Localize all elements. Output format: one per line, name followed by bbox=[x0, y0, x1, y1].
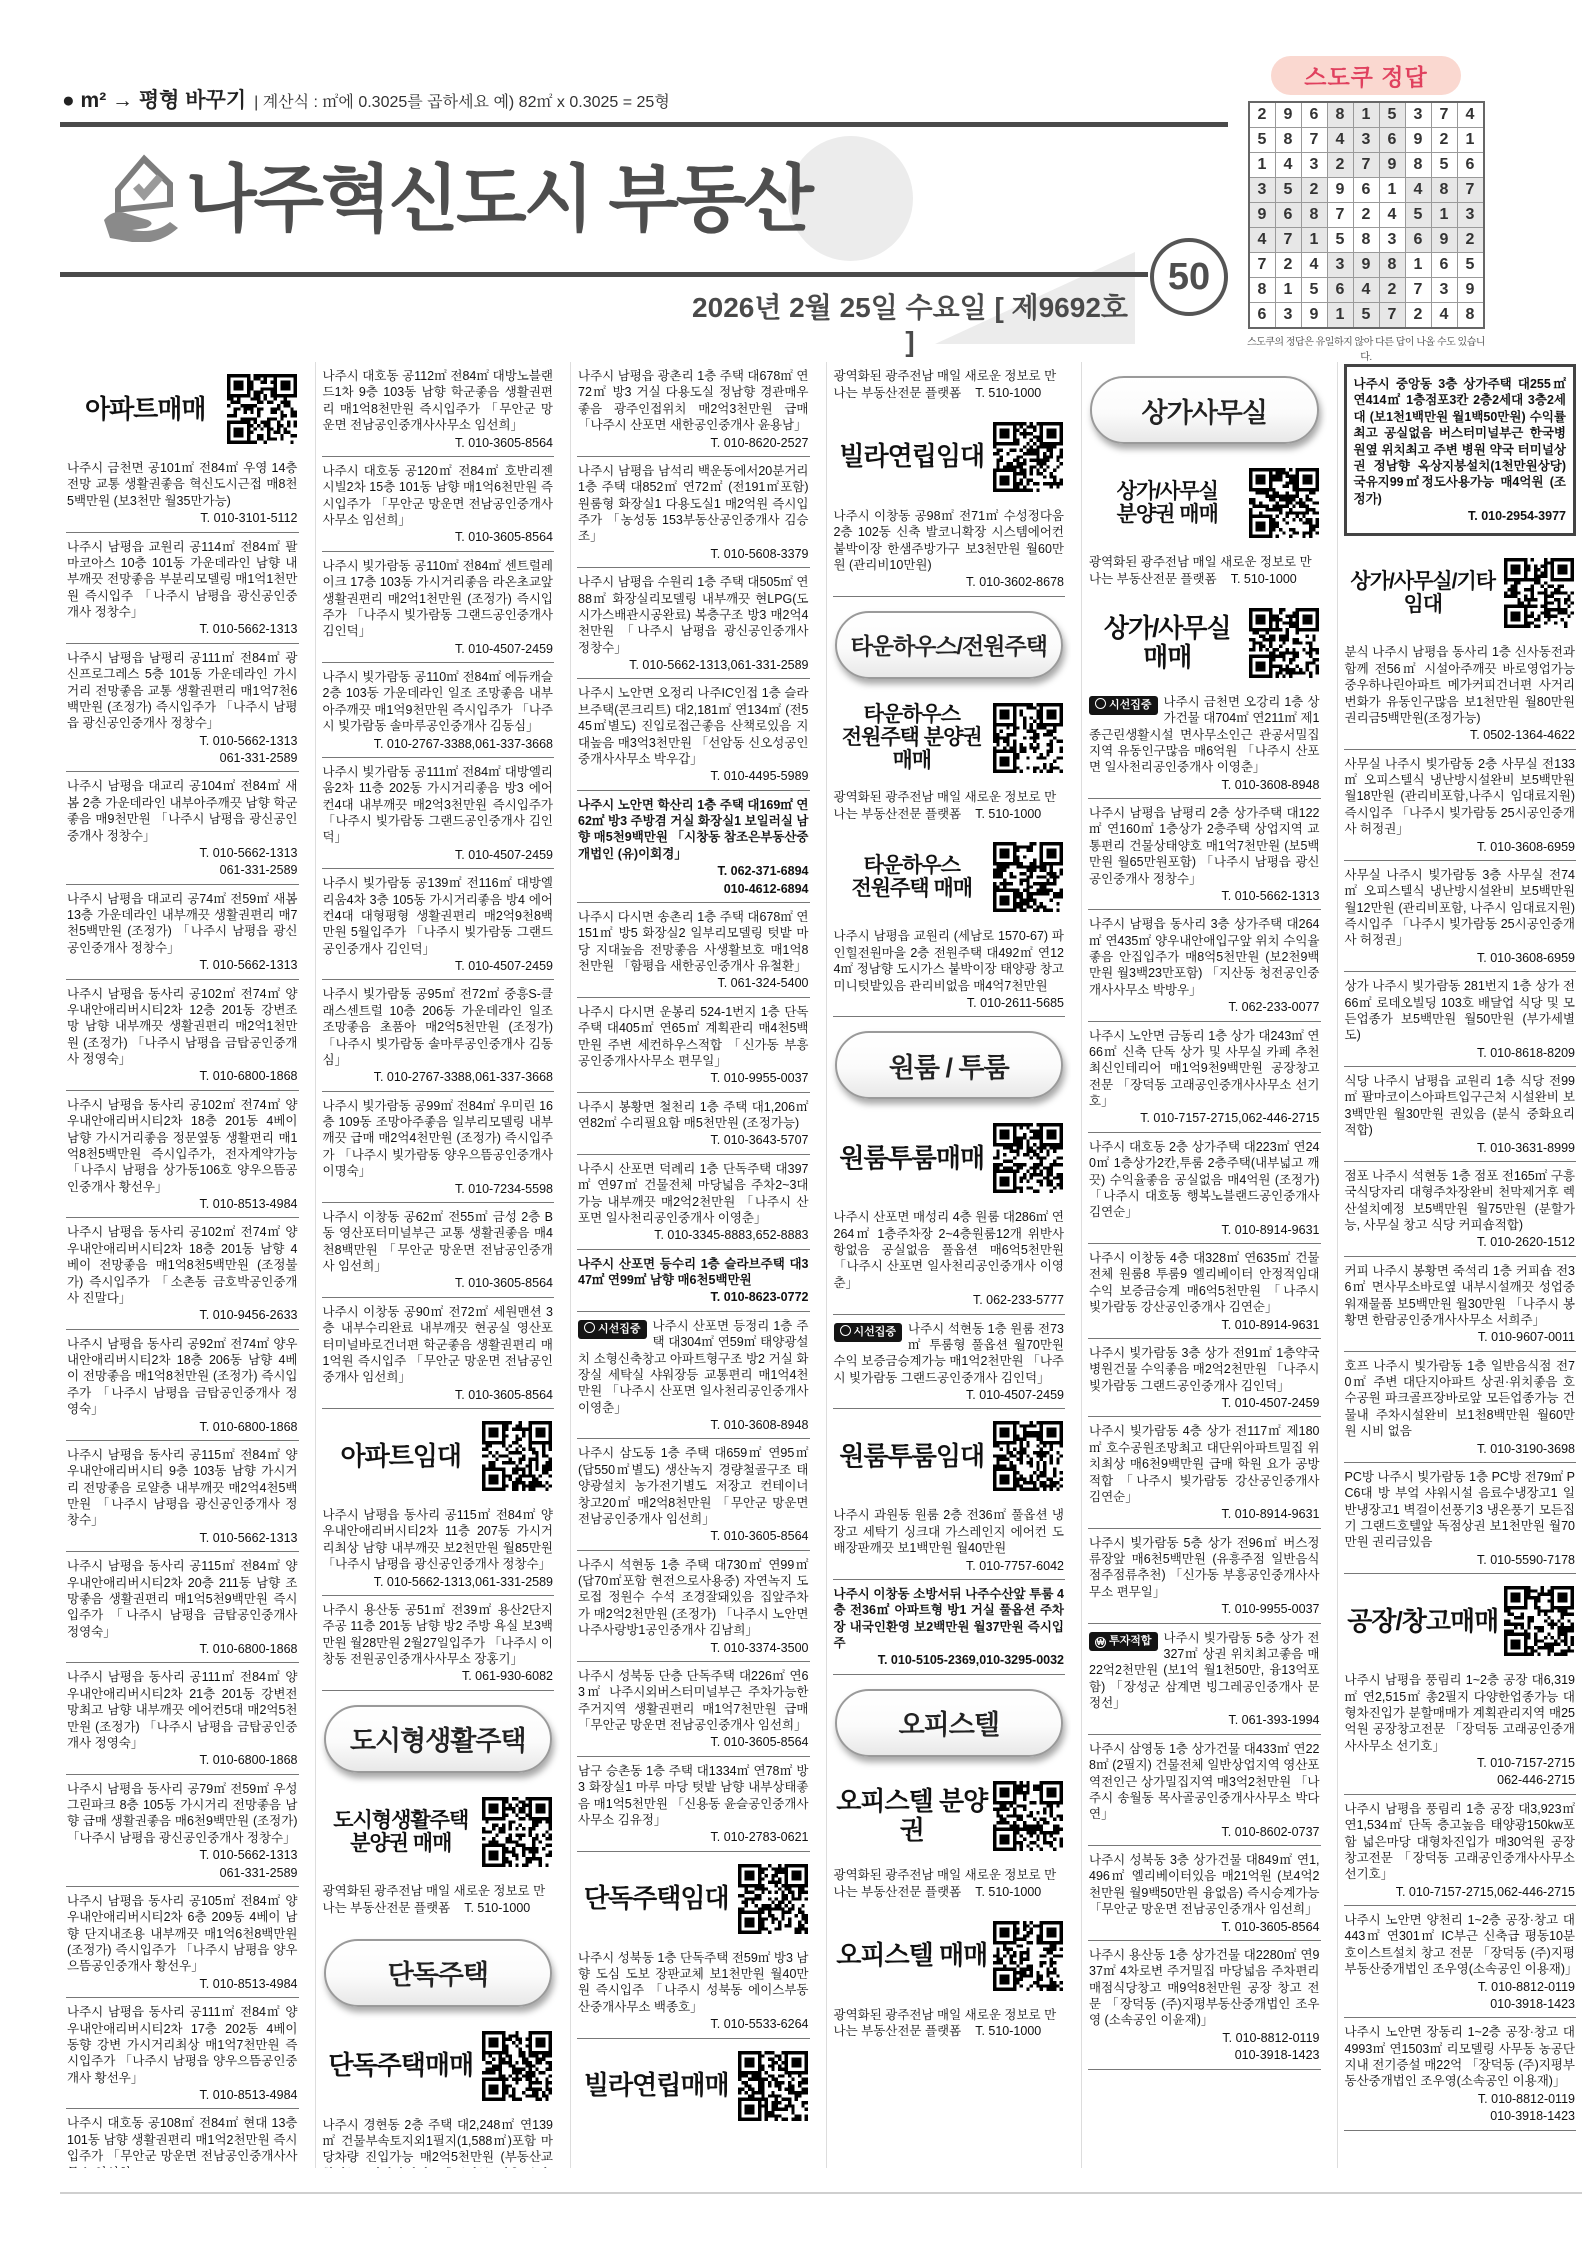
classified-ad: 나주시 남평읍 동사리 공102㎡ 전74㎡ 양우내안애리버시티2차 12층 2… bbox=[66, 980, 299, 1091]
ad-phone-2: 062-446-2715 bbox=[1345, 1772, 1576, 1788]
sudoku-cell: 6 bbox=[1431, 253, 1457, 278]
classified-ad: 커피 나주시 봉황면 죽석리 1층 커피숍 전36㎡ 면사무소바로옆 내부시설깨… bbox=[1344, 1257, 1577, 1352]
classified-ad: 나주시 이창동 공62㎡ 전55㎡ 금성 2층 B동 영산포터미널부근 교통 생… bbox=[322, 1203, 555, 1298]
sudoku-cell: 5 bbox=[1457, 253, 1484, 278]
newspaper-title: 나주혁신도시 부동산 bbox=[186, 140, 811, 245]
sudoku-cell: 7 bbox=[1457, 178, 1484, 203]
ad-text: 분식 나주시 남평읍 동사리 1층 신사동전과 함께 전56㎡ 시설아주깨끗 바… bbox=[1345, 645, 1576, 725]
ad-phone: T. 010-8513-4984 bbox=[67, 1976, 298, 1992]
sudoku-cell: 3 bbox=[1405, 102, 1431, 128]
section-header-label: 타운하우스 전원주택 분양권 매매 bbox=[835, 703, 990, 772]
ad-text: 나주시 남평읍 동사리 공92㎡ 전74㎡ 양우내안애리버시티2차 18층 20… bbox=[67, 1337, 298, 1417]
ad-phone: T. 010-5662-1313 bbox=[67, 957, 298, 973]
lightbulb-icon bbox=[584, 1322, 595, 1333]
classified-ad: 나주시 남평읍 동사리 공92㎡ 전74㎡ 양우내안애리버시티2차 18층 20… bbox=[66, 1330, 299, 1441]
section-header: 빌라연립매매 bbox=[577, 2039, 810, 2131]
ad-column: 나주시 남평읍 광촌리 1층 주택 대678㎡ 연72㎡ 방3 거실 다용도실 … bbox=[570, 362, 816, 2168]
bottom-divider-line bbox=[60, 2192, 1582, 2194]
classified-ad: 나주시 노안면 양천리 1~2층 공장·창고 대443㎡ 연301㎡ IC부근 … bbox=[1344, 1906, 1577, 2018]
ad-phone: T. 010-5608-3379 bbox=[578, 546, 809, 562]
ad-phone: T. 010-8812-0119 bbox=[1089, 2030, 1320, 2046]
qr-code-icon bbox=[482, 1797, 552, 1867]
classified-ad: 나주시 대호동 2층 상가주택 대223㎡ 연240㎡ 1층상가2칸,투룸 2층… bbox=[1088, 1133, 1321, 1244]
ad-text: 나주시 남평읍 동사리 공111㎡ 전84㎡ 양우내안애리버시티2차 21층 2… bbox=[67, 1670, 298, 1750]
classified-columns: 아파트매매나주시 금천면 공101㎡ 전84㎡ 우영 14층 전망 교통 생활권… bbox=[60, 362, 1582, 2168]
sudoku-cell: 6 bbox=[1327, 278, 1353, 303]
platform-phone: T. 510-1000 bbox=[975, 1885, 1041, 1899]
classified-ad: 나주시 빛가람동 공110㎡ 전84㎡ 에듀캐슬 2층 103동 가운데라인 일… bbox=[322, 663, 555, 758]
ad-text: 나주시 남평읍 남평리 공111㎡ 전84㎡ 광신프로그레스 5층 101동 가… bbox=[67, 651, 298, 731]
spotlight-badge: 시선집중 bbox=[1089, 696, 1158, 715]
ad-phone: T. 010-3608-6959 bbox=[1345, 839, 1576, 855]
sudoku-cell: 6 bbox=[1405, 228, 1431, 253]
sudoku-cell: 5 bbox=[1275, 178, 1301, 203]
section-header: 단독주택임대 bbox=[577, 1852, 810, 1944]
classified-ad: 나주시 산포면 매성리 4층 원룸 대286㎡ 연264㎡ 1층주차장 2~4층… bbox=[833, 1203, 1066, 1314]
ad-text: 나주시 이창동 4층 대328㎡ 연635㎡ 건물전체 원룸8 투룸9 엘리베이… bbox=[1089, 1251, 1320, 1314]
sudoku-cell: 9 bbox=[1249, 203, 1276, 228]
ad-phone: T. 010-5662-1313 bbox=[1089, 888, 1320, 904]
sudoku-cell: 2 bbox=[1301, 178, 1327, 203]
ad-text: 나주시 과원동 원룸 2층 전36㎡ 풀옵션 냉장고 세탁기 싱크대 가스레인지… bbox=[834, 1508, 1065, 1555]
ad-phone: T. 010-6800-1868 bbox=[67, 1752, 298, 1768]
classified-ad: 분식 나주시 남평읍 동사리 1층 신사동전과 함께 전56㎡ 시설아주깨끗 바… bbox=[1344, 638, 1577, 749]
ad-phone: T. 010-6800-1868 bbox=[67, 1419, 298, 1435]
sudoku-cell: 4 bbox=[1379, 203, 1405, 228]
sudoku-cell: 3 bbox=[1327, 253, 1353, 278]
ad-phone: T. 010-5590-7178 bbox=[1345, 1552, 1576, 1568]
platform-notice: 광역화된 광주전남 매일 새로운 정보로 만나는 부동산전문 플랫폼T. 510… bbox=[833, 783, 1066, 831]
sudoku-cell: 7 bbox=[1301, 128, 1327, 153]
section-header-label: 단독주택임대 bbox=[579, 1884, 734, 1913]
section-pill-label: 원룸 / 투룸 bbox=[889, 1046, 1009, 1085]
classified-ad: 나주시 삼영동 1층 상가건물 대433㎡ 연228㎡ (2필지) 건물전체 일… bbox=[1088, 1735, 1321, 1846]
ad-text: 나주시 남평읍 대교리 공104㎡ 전84㎡ 새봄 2층 가운데라인 내부아주깨… bbox=[67, 779, 298, 842]
section-pill: 오피스텔 bbox=[835, 1689, 1064, 1757]
classified-ad: 나주시 빛가람동 4층 상가 전117㎡ 제180㎡ 호수공원조망최고 대단위아… bbox=[1088, 1417, 1321, 1528]
ad-phone: T. 010-6800-1868 bbox=[67, 1068, 298, 1084]
ad-text: PC방 나주시 빛가람동 1층 PC방 전79㎡ PC6대 방 부엌 샤워시설 … bbox=[1345, 1470, 1576, 1550]
classified-ad: 나주시 성북동 단층 단독주택 대226㎡ 연63㎡ 나주시외버스터미널부근 주… bbox=[577, 1662, 810, 1757]
platform-notice: 광역화된 광주전남 매일 새로운 정보로 만나는 부동산전문 플랫폼T. 510… bbox=[833, 2001, 1066, 2049]
sudoku-cell: 6 bbox=[1275, 203, 1301, 228]
classified-ad: 나주시 빛가람동 공110㎡ 전84㎡ 센트럴레이크 17층 103동 가시거리… bbox=[322, 552, 555, 663]
house-hand-check-icon bbox=[96, 146, 184, 247]
ad-text: 나주시 대호동 2층 상가주택 대223㎡ 연240㎡ 1층상가2칸,투룸 2층… bbox=[1089, 1140, 1320, 1220]
ad-text: 남구 승촌동 1층 주택 대1334㎡ 연78㎡ 방3 화장실1 마루 마당 텃… bbox=[578, 1764, 809, 1827]
section-header-label: 상가/사무실/기타임대 bbox=[1346, 570, 1501, 616]
ad-text: 나주시 중앙동 3층 상가주택 대255㎡ 연414㎡ 1층점포3칸 2층2세대… bbox=[1354, 377, 1567, 506]
sudoku-cell: 4 bbox=[1405, 178, 1431, 203]
section-header: 공장/창고매매 bbox=[1344, 1574, 1577, 1666]
classified-ad: 나주시 삼도동 1층 주택 대659㎡ 연95㎡ (답550㎡별도) 생산녹지 … bbox=[577, 1439, 810, 1550]
section-header-label: 원룸투룸임대 bbox=[835, 1442, 990, 1471]
ad-column: 광역화된 광주전남 매일 새로운 정보로 만나는 부동산전문 플랫폼T. 510… bbox=[826, 362, 1072, 2168]
classified-ad: ₩투자적합나주시 빛가람동 5층 상가 전327㎡ 상권 위치최고좋음 매22억… bbox=[1088, 1624, 1321, 1735]
section-header-label: 단독주택매매 bbox=[324, 2051, 479, 2080]
sudoku-cell: 9 bbox=[1275, 102, 1301, 128]
ad-text: 나주시 남평읍 동사리 공115㎡ 전84㎡ 양우내안애리버시티2차 11층 2… bbox=[323, 1508, 554, 1571]
section-header-label: 아파트임대 bbox=[324, 1442, 479, 1471]
section-pill: 타운하우스/전원주택 bbox=[835, 611, 1064, 679]
ad-phone: T. 010-5662-1313,061-331-2589 bbox=[578, 657, 809, 673]
ad-text: 나주시 빛가람동 4층 상가 전117㎡ 제180㎡ 호수공원조망최고 대단위아… bbox=[1089, 1424, 1320, 1504]
section-header: 상가/사무실/기타임대 bbox=[1344, 546, 1577, 638]
sudoku-cell: 8 bbox=[1327, 102, 1353, 128]
ad-text: 나주시 이창동 공62㎡ 전55㎡ 금성 2층 B동 영산포터미널부근 교통 생… bbox=[323, 1210, 554, 1273]
classified-ad: 나주시 남평읍 동사리 공115㎡ 전84㎡ 양우내안애리버시티2차 20층 2… bbox=[66, 1552, 299, 1663]
sudoku-cell: 7 bbox=[1275, 228, 1301, 253]
sudoku-cell: 1 bbox=[1249, 153, 1276, 178]
sudoku-cell: 6 bbox=[1457, 153, 1484, 178]
sudoku-cell: 8 bbox=[1353, 228, 1379, 253]
sudoku-cell: 3 bbox=[1353, 128, 1379, 153]
classified-ad: 나주시 남평읍 동사리 3층 상가주택 대264㎡ 연435㎡ 양우내안애입구앞… bbox=[1088, 910, 1321, 1021]
platform-phone: T. 510-1000 bbox=[975, 807, 1041, 821]
ad-phone: T. 010-9955-0037 bbox=[578, 1070, 809, 1086]
ad-phone: T. 010-5662-1313 bbox=[67, 1847, 298, 1863]
top-divider-line bbox=[60, 122, 1228, 127]
ad-phone: T. 010-3605-8564 bbox=[323, 1275, 554, 1291]
masthead-divider-line bbox=[60, 272, 1148, 277]
section-header-label: 오피스텔 매매 bbox=[835, 1941, 990, 1970]
spotlight-badge: 시선집중 bbox=[578, 1320, 647, 1339]
ad-text: 나주시 남평읍 남평리 2층 상가주택 대122㎡ 연160㎡ 1층상가 2층주… bbox=[1089, 806, 1320, 886]
ad-phone: T. 010-3101-5112 bbox=[67, 510, 298, 526]
lightbulb-icon bbox=[1095, 698, 1106, 709]
sudoku-cell: 9 bbox=[1431, 228, 1457, 253]
ad-phone: T. 010-3602-8678 bbox=[834, 574, 1065, 590]
classified-ad: 나주시 석현동 1층 주택 대730㎡ 연99㎡ (답70㎡포함 현전으로사용중… bbox=[577, 1551, 810, 1662]
classified-ad: 나주시 대호동 공108㎡ 전84㎡ 현대 13층 101동 남향 생활권편리 … bbox=[66, 2109, 299, 2168]
sudoku-cell: 3 bbox=[1431, 278, 1457, 303]
ad-text: 상가 나주시 빛가람동 281번지 1층 상가 전66㎡ 로데오빌딩 103호 … bbox=[1345, 979, 1576, 1042]
classified-ad: 나주시 빛가람동 공95㎡ 전72㎡ 중흥S-클래스센트럴 10층 206동 가… bbox=[322, 980, 555, 1091]
ad-phone: T. 061-393-1994 bbox=[1089, 1712, 1320, 1728]
qr-code-icon bbox=[738, 1864, 808, 1934]
ad-text: 나주시 용산동 1층 상가건물 대2280㎡ 연937㎡ 4차로변 주거밀집 마… bbox=[1089, 1948, 1320, 2028]
ad-text: 나주시 석현동 1층 주택 대730㎡ 연99㎡ (답70㎡포함 현전으로사용중… bbox=[578, 1558, 809, 1638]
lightbulb-icon bbox=[840, 1325, 851, 1336]
ad-phone: T. 010-6800-1868 bbox=[67, 1641, 298, 1657]
classified-ad: 나주시 이창동 소방서뒤 나주수산앞 투룸 4층 전36㎡ 아파트형 방1 거실… bbox=[833, 1580, 1066, 1675]
platform-phone: T. 510-1000 bbox=[975, 2024, 1041, 2038]
ad-text: 나주시 산포면 매성리 4층 원룸 대286㎡ 연264㎡ 1층주차장 2~4층… bbox=[834, 1210, 1065, 1290]
ad-text: 나주시 남평읍 교원리 공114㎡ 전84㎡ 팔마코아스 10층 101동 가운… bbox=[67, 540, 298, 620]
section-pill-label: 타운하우스/전원주택 bbox=[851, 628, 1047, 661]
classified-ad: 나주시 빛가람동 공111㎡ 전84㎡ 대방엘리움2차 11층 202동 가시거… bbox=[322, 758, 555, 869]
date-issue-line: 2026년 2월 25일 수요일 [ 제9692호 ] bbox=[690, 286, 1130, 358]
ad-phone-2: 061-331-2589 bbox=[67, 1865, 298, 1881]
ad-text: 나주시 빛가람동 공99㎡ 전84㎡ 우미린 16층 109동 조망아주좋음 일… bbox=[323, 1099, 554, 1179]
sudoku-cell: 4 bbox=[1353, 278, 1379, 303]
section-header: 단독주택매매 bbox=[322, 2019, 555, 2111]
classified-ad: 나주시 남평읍 풍림리 1층 공장 대3,923㎡ 연1,534㎡ 단독 층고높… bbox=[1344, 1795, 1577, 1906]
ad-text: 나주시 삼영동 1층 상가건물 대433㎡ 연228㎡ (2필지) 건물전체 일… bbox=[1089, 1742, 1320, 1822]
ad-phone: T. 010-2954-3977 bbox=[1354, 508, 1567, 524]
ad-phone: T. 010-8618-8209 bbox=[1345, 1045, 1576, 1061]
ad-phone: T. 010-5662-1313 bbox=[67, 1530, 298, 1546]
ad-text: 나주시 삼도동 1층 주택 대659㎡ 연95㎡ (답550㎡별도) 생산녹지 … bbox=[578, 1446, 809, 1526]
conversion-formula: | 계산식 : ㎡에 0.3025를 곱하세요 예) 82㎡ x 0.3025 … bbox=[254, 94, 670, 111]
sudoku-cell: 5 bbox=[1431, 153, 1457, 178]
section-header: 아파트임대 bbox=[322, 1409, 555, 1501]
ad-text: 나주시 노안면 양천리 1~2층 공장·창고 대443㎡ 연301㎡ IC부근 … bbox=[1345, 1913, 1578, 1976]
ad-phone: T. 010-5533-6264 bbox=[578, 2016, 809, 2032]
ad-text: 나주시 용산동 공51㎡ 전39㎡ 용산2단지주공 11층 201동 남향 방2… bbox=[323, 1603, 554, 1666]
sudoku-title: 스도쿠 정답 bbox=[1271, 56, 1461, 95]
sudoku-cell: 2 bbox=[1249, 102, 1276, 128]
ad-text: 나주시 남평읍 동사리 3층 상가주택 대264㎡ 연435㎡ 양우내안애입구앞… bbox=[1089, 917, 1320, 997]
classified-ad: 식당 나주시 남평읍 교원리 1층 식당 전99㎡ 팔마코이스아파트입구근처 시… bbox=[1344, 1067, 1577, 1162]
section-header: 상가/사무실 매매 bbox=[1088, 596, 1321, 688]
sudoku-cell: 5 bbox=[1327, 228, 1353, 253]
classified-ad: 나주시 남평읍 풍림리 1~2층 공장 대6,319㎡ 연2,515㎡ 총2필지… bbox=[1344, 1666, 1577, 1795]
ad-text: 나주시 빛가람동 5층 상가 전96㎡ 버스정류장앞 매6천5백만원 (유흥주점… bbox=[1089, 1536, 1320, 1599]
classified-ad: 나주시 다시면 운봉리 524-1번지 1층 단독주택 대405㎡ 연65㎡ 계… bbox=[577, 998, 810, 1093]
sudoku-cell: 4 bbox=[1275, 153, 1301, 178]
ad-text: 나주시 이창동 공90㎡ 전72㎡ 세원맨션 3층 내부수리완료 내부깨끗 현공… bbox=[323, 1305, 554, 1385]
qr-code-icon bbox=[993, 703, 1063, 773]
classified-ad: 나주시 대호동 공112㎡ 전84㎡ 대방노블랜드1차 9층 103동 남향 학… bbox=[322, 362, 555, 457]
qr-code-icon bbox=[227, 374, 297, 444]
classified-ad: 나주시 빛가람동 3층 상가 전91㎡ 1층약국 병원건물 수익좋음 매2억2천… bbox=[1088, 1339, 1321, 1418]
classified-ad: 나주시 경현동 2층 주택 대2,248㎡ 연139㎡ 건물부속토지외1필지(1… bbox=[322, 2111, 555, 2169]
sudoku-cell: 7 bbox=[1405, 278, 1431, 303]
qr-code-icon bbox=[482, 1421, 552, 1491]
section-pill: 도시형생활주택 bbox=[324, 1705, 553, 1773]
ad-phone: T. 010-3605-8564 bbox=[1089, 1919, 1320, 1935]
ad-phone: T. 062-371-6894 bbox=[578, 863, 809, 879]
won-icon: ₩ bbox=[1095, 1637, 1106, 1648]
ad-phone: T. 010-3605-8564 bbox=[323, 1387, 554, 1403]
ad-phone: T. 010-9955-0037 bbox=[1089, 1601, 1320, 1617]
section-header-label: 상가/사무실 분양권 매매 bbox=[1090, 480, 1245, 526]
ad-text: 사무실 나주시 빛가람동 2층 사무실 전133㎡ 오피스텔식 냉난방시설완비 … bbox=[1345, 757, 1576, 837]
ad-phone: T. 010-4507-2459 bbox=[1089, 1395, 1320, 1411]
sudoku-cell: 3 bbox=[1249, 178, 1276, 203]
ad-phone: T. 010-9607-0011 bbox=[1345, 1329, 1576, 1345]
ad-text: 나주시 빛가람동 공95㎡ 전72㎡ 중흥S-클래스센트럴 10층 206동 가… bbox=[323, 987, 554, 1067]
ad-phone: T. 010-3605-8564 bbox=[578, 1528, 809, 1544]
ad-text: 나주시 빛가람동 공139㎡ 전116㎡ 대방엘리움4차 3층 105동 가시거… bbox=[323, 876, 554, 956]
ad-text: 나주시 다시면 운봉리 524-1번지 1층 단독주택 대405㎡ 연65㎡ 계… bbox=[578, 1005, 809, 1068]
sudoku-cell: 4 bbox=[1457, 102, 1484, 128]
ad-text: 나주시 남평읍 동사리 공102㎡ 전74㎡ 양우내안애리버시티2차 18층 2… bbox=[67, 1225, 298, 1305]
section-header-label: 원룸투룸매매 bbox=[835, 1144, 990, 1173]
ad-column: 나주시 대호동 공112㎡ 전84㎡ 대방노블랜드1차 9층 103동 남향 학… bbox=[315, 362, 561, 2168]
classified-ad: 나주시 남평읍 수원리 1층 주택 대505㎡ 연88㎡ 화장실리모델링 내부깨… bbox=[577, 568, 810, 679]
sudoku-cell: 5 bbox=[1249, 128, 1276, 153]
sudoku-cell: 8 bbox=[1301, 203, 1327, 228]
ad-text: 나주시 이창동 소방서뒤 나주수산앞 투룸 4층 전36㎡ 아파트형 방1 거실… bbox=[834, 1587, 1065, 1650]
ad-phone: T. 010-2767-3388,061-337-3668 bbox=[323, 1069, 554, 1085]
qr-code-icon bbox=[1504, 558, 1574, 628]
sudoku-cell: 3 bbox=[1301, 153, 1327, 178]
qr-code-icon bbox=[993, 1421, 1063, 1491]
section-header: 오피스텔 매매 bbox=[833, 1909, 1066, 2001]
sudoku-cell: 7 bbox=[1379, 303, 1405, 329]
ad-text: 식당 나주시 남평읍 교원리 1층 식당 전99㎡ 팔마코이스아파트입구근처 시… bbox=[1345, 1074, 1576, 1137]
sudoku-cell: 8 bbox=[1457, 303, 1484, 329]
ad-phone: T. 010-3190-3698 bbox=[1345, 1441, 1576, 1457]
ad-text: 나주시 남평읍 교원리 (세남로 1570-67) 파인힐전원마을 2층 전원주… bbox=[834, 929, 1065, 992]
sudoku-cell: 3 bbox=[1275, 303, 1301, 329]
sudoku-cell: 9 bbox=[1327, 178, 1353, 203]
section-pill: 단독주택 bbox=[324, 1939, 553, 2007]
ad-phone: T. 010-3608-6959 bbox=[1345, 950, 1576, 966]
sudoku-cell: 1 bbox=[1275, 278, 1301, 303]
ad-text: 나주시 빛가람동 3층 상가 전91㎡ 1층약국 병원건물 수익좋음 매2억2천… bbox=[1089, 1346, 1320, 1393]
ad-phone-2: 010-3918-1423 bbox=[1345, 1996, 1576, 2012]
classified-ad: 나주시 노안면 장동리 1~2층 공장·창고 대4993㎡ 연1503㎡ 리모델… bbox=[1344, 2018, 1577, 2130]
section-pill-label: 도시형생활주택 bbox=[350, 1719, 526, 1758]
sudoku-cell: 8 bbox=[1275, 128, 1301, 153]
classified-ad: 나주시 성북동 3층 상가건물 대849㎡ 연1,496㎡ 엘리베이터있음 매2… bbox=[1088, 1846, 1321, 1941]
spotlight-badge: 시선집중 bbox=[834, 1323, 903, 1342]
classified-ad: 나주시 봉황면 철천리 1층 주택 대1,206㎡ 연82㎡ 수리필요함 매5천… bbox=[577, 1093, 810, 1155]
sudoku-cell: 2 bbox=[1405, 303, 1431, 329]
classified-ad: 나주시 산포면 등수리 1층 슬라브주택 대347㎡ 연99㎡ 남향 매6천5백… bbox=[577, 1250, 810, 1312]
sudoku-cell: 6 bbox=[1379, 128, 1405, 153]
sudoku-cell: 4 bbox=[1431, 303, 1457, 329]
ad-phone: T. 010-2611-5685 bbox=[834, 995, 1065, 1011]
ad-text: 나주시 경현동 2층 주택 대2,248㎡ 연139㎡ 건물부속토지외1필지(1… bbox=[323, 2118, 554, 2169]
classified-ad: 나주시 금천면 공101㎡ 전84㎡ 우영 14층 전망 교통 생활권좋음 혁신… bbox=[66, 454, 299, 533]
ad-phone: T. 010-3605-8564 bbox=[578, 1734, 809, 1750]
section-header: 원룸투룸임대 bbox=[833, 1409, 1066, 1501]
ad-text: 나주시 남평읍 풍림리 1~2층 공장 대6,319㎡ 연2,515㎡ 총2필지… bbox=[1345, 1673, 1576, 1753]
ad-phone: T. 010-8513-4984 bbox=[67, 2087, 298, 2103]
sudoku-cell: 7 bbox=[1431, 102, 1457, 128]
sudoku-cell: 1 bbox=[1379, 178, 1405, 203]
sudoku-cell: 2 bbox=[1457, 228, 1484, 253]
ad-phone: T. 010-8914-9631 bbox=[1089, 1506, 1320, 1522]
classified-ad: 나주시 성북동 1층 단독주택 전59㎡ 방3 남향 도심 도보 장판교체 보1… bbox=[577, 1944, 810, 2039]
ad-text: 나주시 노안면 장동리 1~2층 공장·창고 대4993㎡ 연1503㎡ 리모델… bbox=[1345, 2025, 1576, 2088]
ad-text: 나주시 남평읍 광촌리 1층 주택 대678㎡ 연72㎡ 방3 거실 다용도실 … bbox=[578, 369, 809, 432]
classified-ad: 나주시 남평읍 광촌리 1층 주택 대678㎡ 연72㎡ 방3 거실 다용도실 … bbox=[577, 362, 810, 457]
ad-phone: T. 010-3608-8948 bbox=[1089, 777, 1320, 793]
badge-label: 시선집중 bbox=[598, 1323, 641, 1335]
classified-ad: 나주시 남평읍 동사리 공111㎡ 전84㎡ 양우내안애리버시티2차 21층 2… bbox=[66, 1663, 299, 1774]
sudoku-cell: 6 bbox=[1301, 102, 1327, 128]
ad-phone: T. 010-8812-0119 bbox=[1345, 2091, 1576, 2107]
section-pill: 상가사무실 bbox=[1090, 376, 1319, 444]
ad-phone-2: 061-331-2589 bbox=[67, 862, 298, 878]
platform-notice: 광역화된 광주전남 매일 새로운 정보로 만나는 부동산전문 플랫폼T. 510… bbox=[322, 1877, 555, 1925]
sudoku-cell: 1 bbox=[1405, 253, 1431, 278]
ad-phone: T. 010-5662-1313 bbox=[67, 621, 298, 637]
sudoku-cell: 9 bbox=[1353, 253, 1379, 278]
classified-ad: 나주시 남평읍 동사리 공115㎡ 전84㎡ 양우내안애리버시티2차 11층 2… bbox=[322, 1501, 555, 1596]
section-header: 빌라연립임대 bbox=[833, 410, 1066, 502]
badge-label: 시선집중 bbox=[854, 1326, 897, 1338]
ad-text: 나주시 다시면 송촌리 1층 주택 대678㎡ 연151㎡ 방5 화장실2 일부… bbox=[578, 910, 809, 973]
classified-ad: 나주시 이창동 공90㎡ 전72㎡ 세원맨션 3층 내부수리완료 내부깨끗 현공… bbox=[322, 1298, 555, 1409]
conversion-title: ● m² → 평형 바꾸기 bbox=[62, 89, 246, 112]
sudoku-cell: 7 bbox=[1353, 153, 1379, 178]
classified-ad: 나주시 빛가람동 5층 상가 전96㎡ 버스정류장앞 매6천5백만원 (유흥주점… bbox=[1088, 1529, 1321, 1624]
ad-text: 나주시 성북동 1층 단독주택 전59㎡ 방3 남향 도심 도보 장판교체 보1… bbox=[578, 1951, 809, 2014]
ad-text: 나주시 산포면 등수리 1층 슬라브주택 대347㎡ 연99㎡ 남향 매6천5백… bbox=[578, 1257, 809, 1287]
classified-ad: 호프 나주시 빛가람동 1층 일반음식점 전70㎡ 주변 대단지아파트 상권·위… bbox=[1344, 1352, 1577, 1463]
ad-phone: T. 010-7157-2715,062-446-2715 bbox=[1345, 1884, 1576, 1900]
ad-phone: T. 010-7234-5598 bbox=[323, 1181, 554, 1197]
ad-text: 나주시 대호동 공112㎡ 전84㎡ 대방노블랜드1차 9층 103동 남향 학… bbox=[323, 369, 554, 432]
platform-phone: T. 510-1000 bbox=[464, 1901, 530, 1915]
classified-ad: 나주시 이창동 4층 대328㎡ 연635㎡ 건물전체 원룸8 투룸9 엘리베이… bbox=[1088, 1244, 1321, 1339]
ad-phone: T. 010-7757-6042 bbox=[834, 1558, 1065, 1574]
sudoku-cell: 1 bbox=[1353, 102, 1379, 128]
classified-ad: 나주시 빛가람동 공139㎡ 전116㎡ 대방엘리움4차 3층 105동 가시거… bbox=[322, 869, 555, 980]
ad-phone: T. 061-930-6082 bbox=[323, 1668, 554, 1684]
section-pill-label: 오피스텔 bbox=[899, 1703, 999, 1742]
ad-phone: T. 010-4507-2459 bbox=[834, 1387, 1065, 1403]
ad-text: 나주시 성북동 단층 단독주택 대226㎡ 연63㎡ 나주시외버스터미널부근 주… bbox=[578, 1669, 809, 1732]
section-header: 원룸투룸매매 bbox=[833, 1111, 1066, 1203]
classified-ad: 나주시 남평읍 대교리 공104㎡ 전84㎡ 새봄 2층 가운데라인 내부아주깨… bbox=[66, 772, 299, 884]
sudoku-cell: 9 bbox=[1457, 278, 1484, 303]
classified-ad: 나주시 이창동 공98㎡ 전71㎡ 수성정다움 2층 102동 신축 발코니확장… bbox=[833, 502, 1066, 597]
ad-phone: T. 010-2620-1512 bbox=[1345, 1234, 1576, 1250]
classified-ad: 나주시 남평읍 대교리 공74㎡ 전59㎡ 새봄 13층 가운데라인 내부깨끗 … bbox=[66, 885, 299, 980]
qr-code-icon bbox=[993, 1123, 1063, 1193]
ad-text: 나주시 산포면 덕례리 1층 단독주택 대397㎡ 연97㎡ 건물전체 마당넓음… bbox=[578, 1162, 809, 1225]
qr-code-icon bbox=[993, 1781, 1063, 1851]
ad-phone-2: 010-3918-1423 bbox=[1089, 2047, 1320, 2063]
sudoku-cell: 4 bbox=[1327, 128, 1353, 153]
section-header-label: 타운하우스 전원주택 매매 bbox=[835, 854, 990, 900]
ad-text: 사무실 나주시 빛가람동 3층 사무실 전74㎡ 오피스텔식 냉난방시설완비 보… bbox=[1345, 868, 1576, 948]
ad-text: 나주시 남평읍 풍림리 1층 공장 대3,923㎡ 연1,534㎡ 단독 층고높… bbox=[1345, 1802, 1576, 1882]
ad-text: 커피 나주시 봉황면 죽석리 1층 커피숍 전36㎡ 면사무소바로옆 내부시설깨… bbox=[1345, 1264, 1576, 1327]
ad-text: 나주시 대호동 공108㎡ 전84㎡ 현대 13층 101동 남향 생활권편리 … bbox=[67, 2116, 298, 2168]
ad-phone: T. 010-3605-8564 bbox=[323, 529, 554, 545]
section-header: 상가/사무실 분양권 매매 bbox=[1088, 456, 1321, 548]
ad-phone-2: 010-4612-6894 bbox=[578, 881, 809, 897]
ad-phone: T. 061-324-5400 bbox=[578, 975, 809, 991]
sudoku-cell: 5 bbox=[1353, 303, 1379, 329]
classified-ad: 나주시 용산동 공51㎡ 전39㎡ 용산2단지주공 11층 201동 남향 방2… bbox=[322, 1596, 555, 1691]
classified-ad: 나주시 남평읍 남평리 2층 상가주택 대122㎡ 연160㎡ 1층상가 2층주… bbox=[1088, 799, 1321, 910]
sudoku-cell: 2 bbox=[1327, 153, 1353, 178]
badge-label: 시선집중 bbox=[1109, 699, 1152, 711]
section-header: 아파트매매 bbox=[66, 362, 299, 454]
classified-ad: 나주시 남평읍 남석리 백운동에서20분거리 1층 주택 대852㎡ 연72㎡ … bbox=[577, 457, 810, 568]
classified-ad: 나주시 남평읍 남평리 공111㎡ 전84㎡ 광신프로그레스 5층 101동 가… bbox=[66, 644, 299, 773]
ad-text: 나주시 노안면 금동리 1층 상가 대243㎡ 연66㎡ 신축 단독 상가 및 … bbox=[1089, 1029, 1320, 1109]
ad-text: 나주시 남평읍 남석리 백운동에서20분거리 1층 주택 대852㎡ 연72㎡ … bbox=[578, 464, 809, 544]
classified-ad: 사무실 나주시 빛가람동 2층 사무실 전133㎡ 오피스텔식 냉난방시설완비 … bbox=[1344, 750, 1577, 861]
ad-column: 나주시 중앙동 3층 상가주택 대255㎡ 연414㎡ 1층점포3칸 2층2세대… bbox=[1337, 362, 1583, 2168]
ad-text: 호프 나주시 빛가람동 1층 일반음식점 전70㎡ 주변 대단지아파트 상권·위… bbox=[1345, 1359, 1576, 1439]
sudoku-cell: 1 bbox=[1301, 228, 1327, 253]
classified-ad: 나주시 노안면 금동리 1층 상가 대243㎡ 연66㎡ 신축 단독 상가 및 … bbox=[1088, 1022, 1321, 1133]
ad-phone: T. 0502-1364-4622 bbox=[1345, 727, 1576, 743]
ad-text: 나주시 대호동 공120㎡ 전84㎡ 호반리젠시빌2차 15층 101동 남향 … bbox=[323, 464, 554, 527]
ad-phone: T. 010-2783-0621 bbox=[578, 1829, 809, 1845]
ad-phone: T. 062-233-0077 bbox=[1089, 999, 1320, 1015]
classified-ad: 사무실 나주시 빛가람동 3층 사무실 전74㎡ 오피스텔식 냉난방시설완비 보… bbox=[1344, 861, 1577, 972]
ad-phone: T. 010-3605-8564 bbox=[323, 435, 554, 451]
sudoku-cell: 4 bbox=[1249, 228, 1276, 253]
classified-ad: 시선집중나주시 금천면 오강리 1층 상가건물 대704㎡ 연211㎡ 제1종근… bbox=[1088, 688, 1321, 799]
ad-phone: T. 010-8513-4984 bbox=[67, 1196, 298, 1212]
sudoku-cell: 5 bbox=[1379, 102, 1405, 128]
sudoku-cell: 7 bbox=[1249, 253, 1276, 278]
ad-phone: T. 010-8623-0772 bbox=[578, 1289, 809, 1305]
